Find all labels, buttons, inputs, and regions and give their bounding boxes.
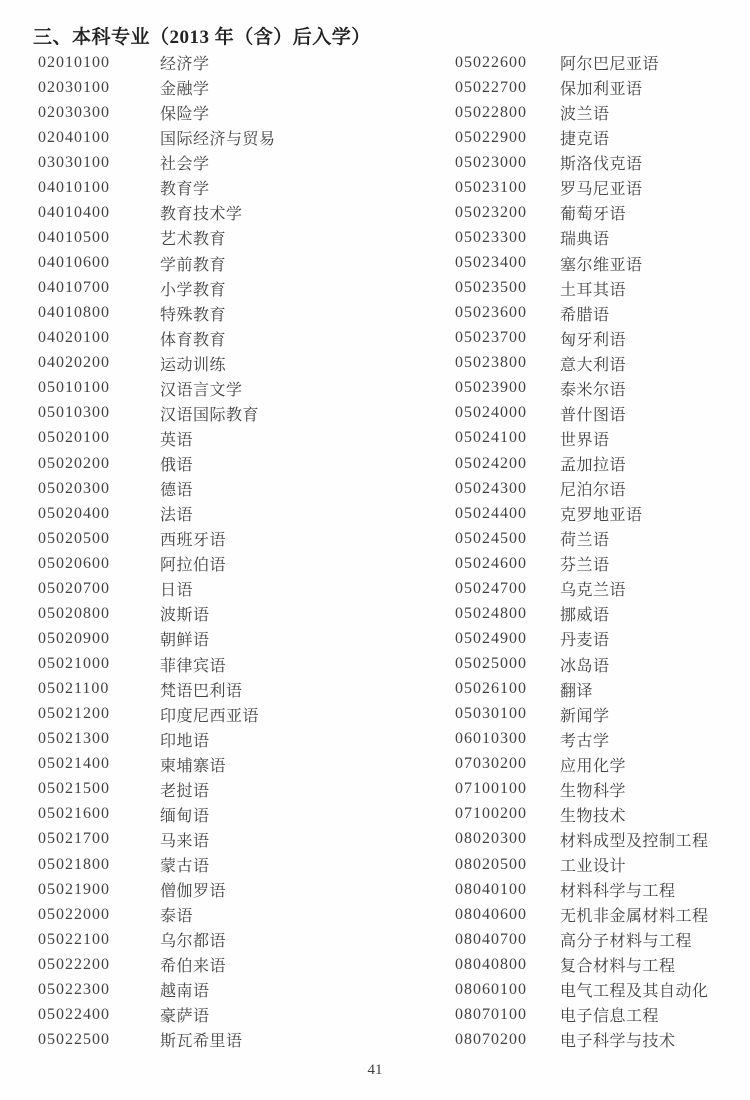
major-row: 02030100金融学: [38, 75, 276, 100]
major-row: 08020300材料成型及控制工程: [455, 827, 709, 852]
major-row: 04010800特殊教育: [38, 301, 276, 326]
major-row: 07100100生物科学: [455, 777, 709, 802]
major-name: 尼泊尔语: [560, 477, 626, 500]
major-name: 僧伽罗语: [160, 878, 226, 901]
major-code: 08020300: [455, 830, 560, 848]
major-name: 阿尔巴尼亚语: [560, 51, 659, 74]
major-row: 05021300印地语: [38, 727, 276, 752]
major-code: 05023200: [455, 204, 560, 222]
major-code: 05024000: [455, 404, 560, 422]
major-row: 05023100罗马尼亚语: [455, 175, 709, 200]
major-code: 02030100: [38, 79, 160, 97]
major-row: 03030100社会学: [38, 150, 276, 175]
major-code: 05023300: [455, 229, 560, 247]
major-row: 05024600芬兰语: [455, 551, 709, 576]
major-row: 05021100梵语巴利语: [38, 677, 276, 702]
major-name: 泰语: [160, 903, 193, 926]
major-name: 保加利亚语: [560, 76, 643, 99]
major-code: 05022700: [455, 79, 560, 97]
major-name: 汉语国际教育: [160, 402, 259, 425]
major-code: 05024900: [455, 630, 560, 648]
major-row: 04010500艺术教育: [38, 225, 276, 250]
major-code: 04020100: [38, 329, 160, 347]
major-name: 国际经济与贸易: [160, 126, 276, 149]
major-row: 05021400柬埔寨语: [38, 752, 276, 777]
major-code: 04010500: [38, 229, 160, 247]
major-row: 05023800意大利语: [455, 351, 709, 376]
major-name: 柬埔寨语: [160, 753, 226, 776]
major-code: 07030200: [455, 755, 560, 773]
major-code: 04010600: [38, 254, 160, 272]
major-row: 08060100电气工程及其自动化: [455, 977, 709, 1002]
major-code: 05022200: [38, 956, 160, 974]
major-code: 05024600: [455, 555, 560, 573]
major-name: 丹麦语: [560, 627, 610, 650]
major-code: 08040700: [455, 931, 560, 949]
major-name: 高分子材料与工程: [560, 928, 692, 951]
major-row: 02040100国际经济与贸易: [38, 125, 276, 150]
major-code: 05020700: [38, 580, 160, 598]
major-name: 蒙古语: [160, 853, 210, 876]
major-name: 俄语: [160, 452, 193, 475]
major-name: 艺术教育: [160, 226, 226, 249]
major-code: 05020500: [38, 530, 160, 548]
major-name: 波兰语: [560, 101, 610, 124]
major-name: 应用化学: [560, 753, 626, 776]
major-name: 考古学: [560, 728, 610, 751]
major-code: 05022000: [38, 906, 160, 924]
major-row: 05030100新闻学: [455, 702, 709, 727]
major-code: 05020100: [38, 429, 160, 447]
major-code: 05021100: [38, 680, 160, 698]
major-name: 世界语: [560, 427, 610, 450]
major-name: 捷克语: [560, 126, 610, 149]
major-name: 希腊语: [560, 302, 610, 325]
major-row: 05025000冰岛语: [455, 652, 709, 677]
major-name: 日语: [160, 577, 193, 600]
major-code: 05022600: [455, 54, 560, 72]
major-code: 05023700: [455, 329, 560, 347]
major-code: 08040600: [455, 906, 560, 924]
major-row: 05022100乌尔都语: [38, 927, 276, 952]
major-name: 无机非金属材料工程: [560, 903, 709, 926]
major-code: 05023000: [455, 154, 560, 172]
page-title: 三、本科专业（2013 年（含）后入学）: [33, 22, 371, 49]
major-name: 葡萄牙语: [560, 201, 626, 224]
major-name: 老挝语: [160, 778, 210, 801]
major-name: 复合材料与工程: [560, 953, 676, 976]
major-code: 05023900: [455, 379, 560, 397]
major-row: 05023900泰米尔语: [455, 376, 709, 401]
major-row: 05024300尼泊尔语: [455, 476, 709, 501]
major-name: 德语: [160, 477, 193, 500]
major-row: 05023600希腊语: [455, 301, 709, 326]
major-row: 05010100汉语言文学: [38, 376, 276, 401]
major-name: 菲律宾语: [160, 653, 226, 676]
major-code: 08040800: [455, 956, 560, 974]
major-row: 05010300汉语国际教育: [38, 401, 276, 426]
major-name: 荷兰语: [560, 527, 610, 550]
major-row: 05023500土耳其语: [455, 276, 709, 301]
major-code: 05022300: [38, 981, 160, 999]
major-row: 05024000普什图语: [455, 401, 709, 426]
major-row: 05020500西班牙语: [38, 526, 276, 551]
major-row: 05021900僧伽罗语: [38, 877, 276, 902]
major-name: 普什图语: [560, 402, 626, 425]
major-code: 05020200: [38, 455, 160, 473]
major-code: 05024400: [455, 505, 560, 523]
major-name: 小学教育: [160, 277, 226, 300]
major-code: 08040100: [455, 881, 560, 899]
major-row: 05020800波斯语: [38, 601, 276, 626]
major-code: 07100100: [455, 780, 560, 798]
major-code: 05024800: [455, 605, 560, 623]
major-code: 05020300: [38, 480, 160, 498]
major-name: 电气工程及其自动化: [560, 978, 709, 1001]
major-name: 英语: [160, 427, 193, 450]
major-code: 05022800: [455, 104, 560, 122]
major-code: 05021600: [38, 805, 160, 823]
major-row: 05023400塞尔维亚语: [455, 251, 709, 276]
major-name: 特殊教育: [160, 302, 226, 325]
major-name: 学前教育: [160, 252, 226, 275]
major-code: 08020500: [455, 856, 560, 874]
major-name: 印度尼西亚语: [160, 703, 259, 726]
major-row: 05021200印度尼西亚语: [38, 702, 276, 727]
major-name: 电子信息工程: [560, 1003, 659, 1026]
major-row: 08040100材料科学与工程: [455, 877, 709, 902]
major-row: 05024200孟加拉语: [455, 451, 709, 476]
major-code: 05022100: [38, 931, 160, 949]
major-code: 04010800: [38, 304, 160, 322]
major-row: 05021500老挝语: [38, 777, 276, 802]
major-row: 05020600阿拉伯语: [38, 551, 276, 576]
major-row: 05022400豪萨语: [38, 1002, 276, 1027]
major-row: 06010300考古学: [455, 727, 709, 752]
major-row: 05023200葡萄牙语: [455, 200, 709, 225]
major-code: 05025000: [455, 655, 560, 673]
major-code: 05024500: [455, 530, 560, 548]
major-row: 05023300瑞典语: [455, 225, 709, 250]
major-row: 05022500斯瓦希里语: [38, 1027, 276, 1052]
major-name: 冰岛语: [560, 653, 610, 676]
major-code: 05023800: [455, 354, 560, 372]
major-code: 08060100: [455, 981, 560, 999]
major-code: 04020200: [38, 354, 160, 372]
major-code: 05020800: [38, 605, 160, 623]
major-row: 08020500工业设计: [455, 852, 709, 877]
major-row: 02030300保险学: [38, 100, 276, 125]
major-code: 05024200: [455, 455, 560, 473]
major-name: 运动训练: [160, 352, 226, 375]
major-row: 05023700匈牙利语: [455, 326, 709, 351]
major-row: 05022600阿尔巴尼亚语: [455, 50, 709, 75]
major-list-left-column: 02010100经济学02030100金融学02030300保险学0204010…: [38, 50, 276, 1053]
major-code: 05021900: [38, 881, 160, 899]
major-name: 斯瓦希里语: [160, 1028, 243, 1051]
major-row: 05024500荷兰语: [455, 526, 709, 551]
major-row: 04020100体育教育: [38, 326, 276, 351]
major-name: 芬兰语: [560, 552, 610, 575]
major-name: 印地语: [160, 728, 210, 751]
major-list-right-column: 05022600阿尔巴尼亚语05022700保加利亚语05022800波兰语05…: [455, 50, 709, 1053]
major-name: 希伯来语: [160, 953, 226, 976]
major-name: 材料科学与工程: [560, 878, 676, 901]
major-row: 05021000菲律宾语: [38, 652, 276, 677]
major-name: 新闻学: [560, 703, 610, 726]
major-name: 斯洛伐克语: [560, 151, 643, 174]
major-row: 05024400克罗地亚语: [455, 501, 709, 526]
major-row: 04020200运动训练: [38, 351, 276, 376]
major-code: 03030100: [38, 154, 160, 172]
major-code: 05021000: [38, 655, 160, 673]
major-name: 教育学: [160, 176, 210, 199]
major-name: 电子科学与技术: [560, 1028, 676, 1051]
major-code: 05020600: [38, 555, 160, 573]
major-row: 05022800波兰语: [455, 100, 709, 125]
major-name: 土耳其语: [560, 277, 626, 300]
major-row: 05020100英语: [38, 426, 276, 451]
major-row: 05024900丹麦语: [455, 626, 709, 651]
major-row: 05024800挪威语: [455, 601, 709, 626]
major-row: 05021700马来语: [38, 827, 276, 852]
major-name: 乌尔都语: [160, 928, 226, 951]
major-row: 05022000泰语: [38, 902, 276, 927]
major-code: 06010300: [455, 730, 560, 748]
major-row: 04010400教育技术学: [38, 200, 276, 225]
major-name: 越南语: [160, 978, 210, 1001]
major-code: 05030100: [455, 705, 560, 723]
major-name: 马来语: [160, 828, 210, 851]
major-name: 经济学: [160, 51, 210, 74]
major-code: 05022400: [38, 1006, 160, 1024]
major-name: 泰米尔语: [560, 377, 626, 400]
major-row: 05020400法语: [38, 501, 276, 526]
major-name: 挪威语: [560, 602, 610, 625]
major-code: 07100200: [455, 805, 560, 823]
major-name: 克罗地亚语: [560, 502, 643, 525]
major-name: 匈牙利语: [560, 327, 626, 350]
major-name: 西班牙语: [160, 527, 226, 550]
major-code: 05021700: [38, 830, 160, 848]
major-code: 05023500: [455, 279, 560, 297]
document-page: 三、本科专业（2013 年（含）后入学） 02010100经济学02030100…: [0, 0, 750, 1100]
major-row: 07100200生物技术: [455, 802, 709, 827]
major-name: 翻译: [560, 678, 593, 701]
major-code: 05021800: [38, 856, 160, 874]
major-row: 08040600无机非金属材料工程: [455, 902, 709, 927]
major-row: 07030200应用化学: [455, 752, 709, 777]
major-name: 瑞典语: [560, 226, 610, 249]
major-row: 05022700保加利亚语: [455, 75, 709, 100]
major-code: 02010100: [38, 54, 160, 72]
major-code: 05024700: [455, 580, 560, 598]
major-row: 05020300德语: [38, 476, 276, 501]
major-name: 豪萨语: [160, 1003, 210, 1026]
major-code: 02030300: [38, 104, 160, 122]
major-name: 金融学: [160, 76, 210, 99]
major-name: 意大利语: [560, 352, 626, 375]
major-row: 08040700高分子材料与工程: [455, 927, 709, 952]
major-name: 缅甸语: [160, 803, 210, 826]
major-name: 生物技术: [560, 803, 626, 826]
major-code: 05020900: [38, 630, 160, 648]
major-row: 05020900朝鲜语: [38, 626, 276, 651]
major-name: 工业设计: [560, 853, 626, 876]
major-name: 波斯语: [160, 602, 210, 625]
major-name: 阿拉伯语: [160, 552, 226, 575]
major-row: 05020700日语: [38, 576, 276, 601]
page-number: 41: [0, 1062, 750, 1079]
major-name: 生物科学: [560, 778, 626, 801]
major-code: 08070200: [455, 1031, 560, 1049]
major-code: 05023100: [455, 179, 560, 197]
major-row: 05023000斯洛伐克语: [455, 150, 709, 175]
major-code: 04010700: [38, 279, 160, 297]
major-name: 梵语巴利语: [160, 678, 243, 701]
major-row: 05022900捷克语: [455, 125, 709, 150]
major-code: 02040100: [38, 129, 160, 147]
major-row: 05024100世界语: [455, 426, 709, 451]
major-code: 05022500: [38, 1031, 160, 1049]
major-name: 汉语言文学: [160, 377, 243, 400]
major-code: 05023600: [455, 304, 560, 322]
major-row: 04010100教育学: [38, 175, 276, 200]
major-name: 社会学: [160, 151, 210, 174]
major-row: 04010600学前教育: [38, 251, 276, 276]
major-code: 05021300: [38, 730, 160, 748]
major-row: 02010100经济学: [38, 50, 276, 75]
major-row: 04010700小学教育: [38, 276, 276, 301]
major-code: 05024300: [455, 480, 560, 498]
major-code: 05026100: [455, 680, 560, 698]
major-name: 法语: [160, 502, 193, 525]
major-code: 04010100: [38, 179, 160, 197]
major-code: 05022900: [455, 129, 560, 147]
major-row: 05022300越南语: [38, 977, 276, 1002]
major-name: 体育教育: [160, 327, 226, 350]
major-name: 罗马尼亚语: [560, 176, 643, 199]
major-row: 05020200俄语: [38, 451, 276, 476]
major-code: 05010300: [38, 404, 160, 422]
major-name: 孟加拉语: [560, 452, 626, 475]
major-name: 塞尔维亚语: [560, 252, 643, 275]
major-row: 05021800蒙古语: [38, 852, 276, 877]
major-code: 05020400: [38, 505, 160, 523]
major-name: 乌克兰语: [560, 577, 626, 600]
major-row: 05026100翻译: [455, 677, 709, 702]
major-code: 05010100: [38, 379, 160, 397]
major-code: 05023400: [455, 254, 560, 272]
major-name: 材料成型及控制工程: [560, 828, 709, 851]
major-code: 08070100: [455, 1006, 560, 1024]
major-code: 05021200: [38, 705, 160, 723]
major-name: 保险学: [160, 101, 210, 124]
major-row: 05024700乌克兰语: [455, 576, 709, 601]
major-row: 08070200电子科学与技术: [455, 1027, 709, 1052]
major-code: 05024100: [455, 429, 560, 447]
major-code: 04010400: [38, 204, 160, 222]
major-name: 教育技术学: [160, 201, 243, 224]
major-code: 05021400: [38, 755, 160, 773]
major-row: 05021600缅甸语: [38, 802, 276, 827]
major-code: 05021500: [38, 780, 160, 798]
major-row: 05022200希伯来语: [38, 952, 276, 977]
major-name: 朝鲜语: [160, 627, 210, 650]
major-row: 08040800复合材料与工程: [455, 952, 709, 977]
major-row: 08070100电子信息工程: [455, 1002, 709, 1027]
